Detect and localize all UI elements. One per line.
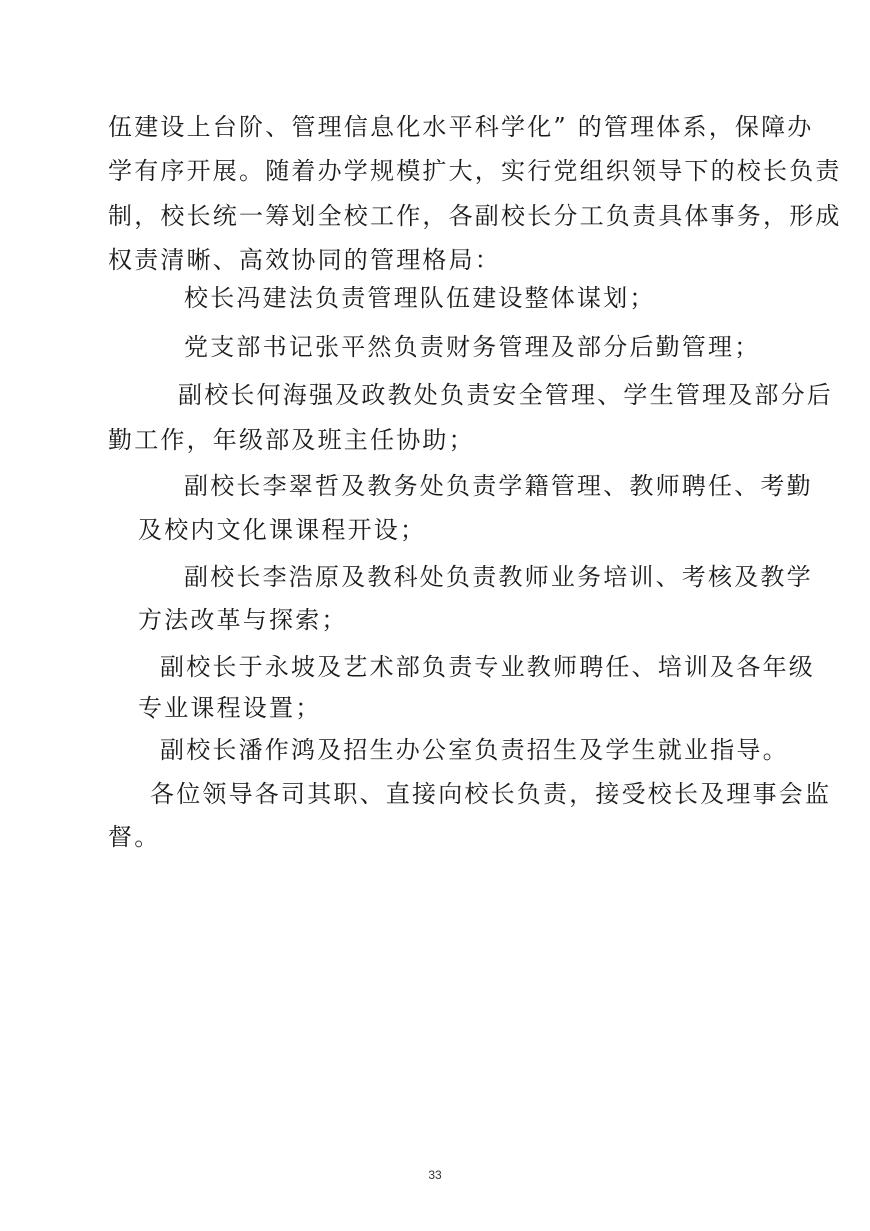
text-line: 及校内文化课课程开设； <box>138 515 426 545</box>
text-line: 副校长李浩原及教科处负责教师业务培训、考核及教学 <box>184 562 813 592</box>
text-line: 副校长李翠哲及教务处负责学籍管理、教师聘任、考勤 <box>184 471 813 501</box>
text-line: 副校长潘作鸿及招生办公室负责招生及学生就业指导。 <box>160 735 789 765</box>
text-line: 副校长于永坡及艺术部负责专业教师聘任、培训及各年级 <box>160 652 815 682</box>
text-line: 学有序开展。随着办学规模扩大，实行党组织领导下的校长负责 <box>108 156 842 186</box>
text-line: 伍建设上台阶、管理信息化水平科学化” 的管理体系，保障办 <box>108 112 814 142</box>
document-page: 伍建设上台阶、管理信息化水平科学化” 的管理体系，保障办 学有序开展。随着办学规… <box>0 0 870 1231</box>
page-number: 33 <box>0 1168 870 1182</box>
text-line: 方法改革与探索； <box>138 605 348 635</box>
text-line: 权责清晰、高效协同的管理格局： <box>108 245 501 275</box>
text-line: 各位领导各司其职、直接向校长负责，接受校长及理事会监 <box>150 779 831 809</box>
text-line: 制，校长统一筹划全校工作，各副校长分工负责具体事务，形成 <box>108 201 842 231</box>
text-line: 党支部书记张平然负责财务管理及部分后勤管理； <box>184 332 760 362</box>
text-line: 督。 <box>108 822 160 852</box>
text-line: 勤工作，年级部及班主任协助； <box>108 425 475 455</box>
text-line: 副校长何海强及政教处负责安全管理、学生管理及部分后 <box>178 380 833 410</box>
text-line: 校长冯建法负责管理队伍建设整体谋划； <box>184 283 656 313</box>
text-line: 专业课程设置； <box>138 693 321 723</box>
